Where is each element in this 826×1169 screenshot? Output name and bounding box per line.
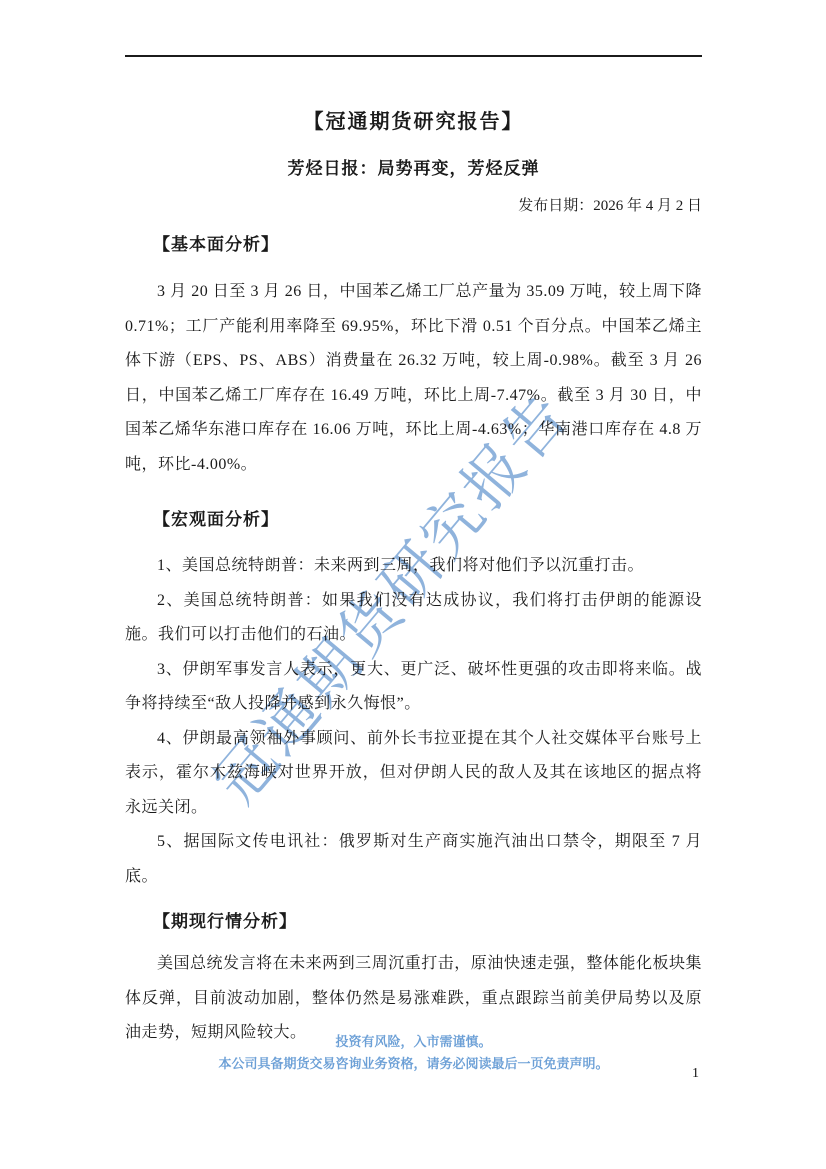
section-macro: 【宏观面分析】 1、美国总统特朗普：未来两到三周，我们将对他们予以沉重打击。 2…: [125, 508, 702, 894]
fundamentals-paragraph: 3 月 20 日至 3 月 26 日，中国苯乙烯工厂总产量为 35.09 万吨，…: [125, 275, 702, 482]
footer-qualification-note: 本公司具备期货交易咨询业务资格，请务必阅读最后一页免责声明。: [125, 1053, 702, 1075]
document-body: 【冠通期货研究报告】 芳烃日报：局势再变，芳烃反弹 发布日期：2026 年 4 …: [125, 0, 702, 1051]
report-subtitle: 芳烃日报：局势再变，芳烃反弹: [125, 157, 702, 181]
section-market: 【期现行情分析】 美国总统发言将在未来两到三周沉重打击，原油快速走强，整体能化板…: [125, 910, 702, 1051]
macro-item-3: 3、伊朗军事发言人表示，更大、更广泛、破坏性更强的攻击即将来临。战争将持续至“敌…: [125, 653, 702, 722]
footer-disclaimer: 投资有风险，入市需谨慎。 本公司具备期货交易咨询业务资格，请务必阅读最后一页免责…: [125, 1031, 702, 1075]
report-title: 【冠通期货研究报告】: [125, 109, 702, 135]
page-number: 1: [692, 1066, 699, 1082]
section-heading-fundamentals: 【基本面分析】: [125, 233, 702, 257]
macro-items: 1、美国总统特朗普：未来两到三周，我们将对他们予以沉重打击。 2、美国总统特朗普…: [125, 549, 702, 894]
header-divider: [125, 55, 702, 57]
macro-item-2: 2、美国总统特朗普：如果我们没有达成协议，我们将打击伊朗的能源设施。我们可以打击…: [125, 584, 702, 653]
macro-item-5: 5、据国际文传电讯社：俄罗斯对生产商实施汽油出口禁令，期限至 7 月底。: [125, 825, 702, 894]
report-page: 冠通期货研究报告 【冠通期货研究报告】 芳烃日报：局势再变，芳烃反弹 发布日期：…: [0, 0, 826, 1169]
section-heading-market: 【期现行情分析】: [125, 910, 702, 934]
section-fundamentals: 【基本面分析】 3 月 20 日至 3 月 26 日，中国苯乙烯工厂总产量为 3…: [125, 233, 702, 482]
section-heading-macro: 【宏观面分析】: [125, 508, 702, 532]
macro-item-4: 4、伊朗最高领袖外事顾问、前外长韦拉亚提在其个人社交媒体平台账号上表示，霍尔木兹…: [125, 722, 702, 826]
footer-risk-warning: 投资有风险，入市需谨慎。: [125, 1031, 702, 1053]
publish-date: 发布日期：2026 年 4 月 2 日: [125, 195, 702, 217]
macro-item-1: 1、美国总统特朗普：未来两到三周，我们将对他们予以沉重打击。: [125, 549, 702, 584]
